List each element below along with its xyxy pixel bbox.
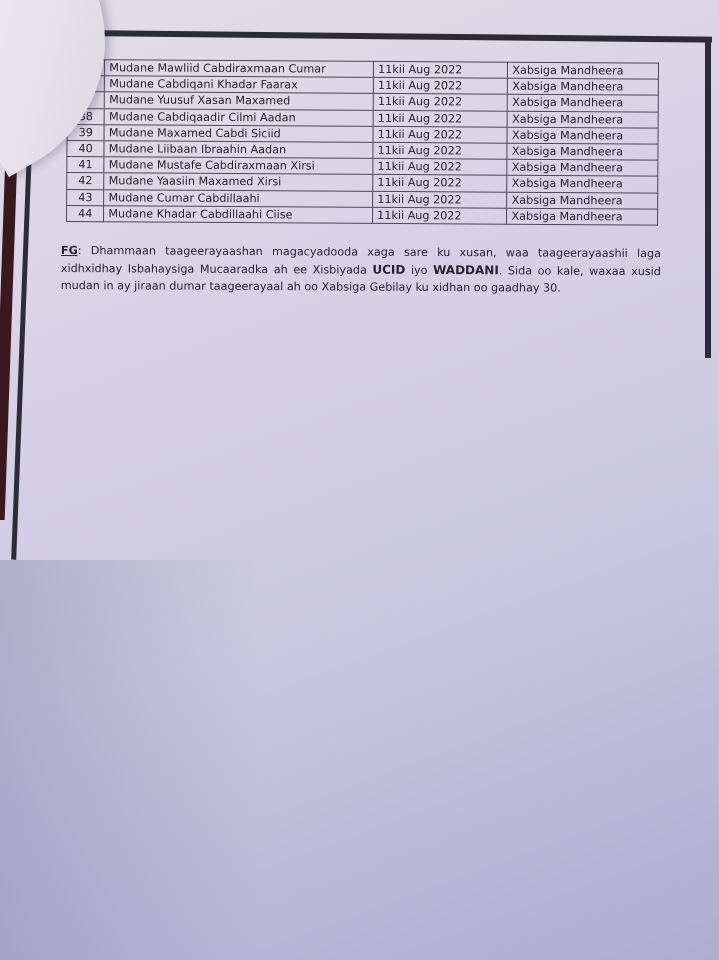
- party-ucid: UCID: [372, 262, 405, 276]
- row-number: 44: [67, 205, 104, 221]
- arrest-date: 11kii Aug 2022: [373, 175, 507, 192]
- arrest-date: 11kii Aug 2022: [373, 207, 507, 224]
- arrest-date: 11kii Aug 2022: [373, 110, 507, 127]
- prison-location: Xabsiga Mandheera: [507, 192, 658, 209]
- person-name: Mudane Cabdiqaadir Cilmi Aadan: [104, 108, 373, 126]
- arrest-date: 11kii Aug 2022: [373, 94, 507, 111]
- person-name: Mudane Yuusuf Xasan Maxamed: [105, 92, 374, 110]
- prison-location: Xabsiga Mandheera: [507, 208, 658, 225]
- arrest-date: 11kii Aug 2022: [373, 191, 507, 208]
- prison-location: Xabsiga Mandheera: [508, 62, 659, 79]
- table-row: 44Mudane Khadar Cabdillaahi Ciise11kii A…: [67, 205, 658, 225]
- prison-location: Xabsiga Mandheera: [507, 127, 658, 144]
- page-border-right: [705, 38, 711, 358]
- paper-shadow: [0, 560, 260, 960]
- person-name: Mudane Yaasiin Maxamed Xirsi: [104, 173, 373, 191]
- arrest-date: 11kii Aug 2022: [373, 126, 507, 143]
- party-waddani: WADDANI: [433, 262, 499, 276]
- footnote: FG: Dhammaan taageerayaashan magacyadood…: [61, 242, 661, 298]
- footnote-label: FG: [61, 244, 78, 257]
- row-number: 40: [67, 140, 104, 156]
- arrest-date: 11kii Aug 2022: [373, 158, 507, 175]
- prison-location: Xabsiga Mandheera: [508, 95, 659, 112]
- prison-location: Xabsiga Mandheera: [508, 78, 659, 95]
- prison-location: Xabsiga Mandheera: [507, 159, 658, 176]
- footnote-text-2: iyo: [405, 263, 433, 276]
- prison-location: Xabsiga Mandheera: [508, 111, 659, 128]
- person-name: Mudane Mustafe Cabdiraxmaan Xirsi: [104, 157, 373, 175]
- row-number: 41: [67, 157, 104, 173]
- arrest-date: 11kii Aug 2022: [373, 78, 507, 95]
- prison-location: Xabsiga Mandheera: [507, 176, 658, 193]
- prison-location: Xabsiga Mandheera: [507, 143, 658, 160]
- person-name: Mudane Khadar Cabdillaahi Ciise: [104, 205, 373, 223]
- person-name: Mudane Mawliid Cabdiraxmaan Cumar: [105, 60, 374, 78]
- row-number: 43: [67, 189, 104, 205]
- person-name: Mudane Liibaan Ibraahin Aadan: [104, 141, 373, 159]
- person-name: Mudane Cumar Cabdillaahi: [104, 189, 373, 207]
- person-name: Mudane Maxamed Cabdi Siciid: [104, 124, 373, 142]
- person-name: Mudane Cabdiqani Khadar Faarax: [105, 76, 374, 94]
- arrest-date: 11kii Aug 2022: [373, 142, 507, 159]
- detainees-table: 35Mudane Mawliid Cabdiraxmaan Cumar11kii…: [66, 59, 659, 225]
- row-number: 42: [67, 173, 104, 189]
- arrest-date: 11kii Aug 2022: [373, 61, 507, 78]
